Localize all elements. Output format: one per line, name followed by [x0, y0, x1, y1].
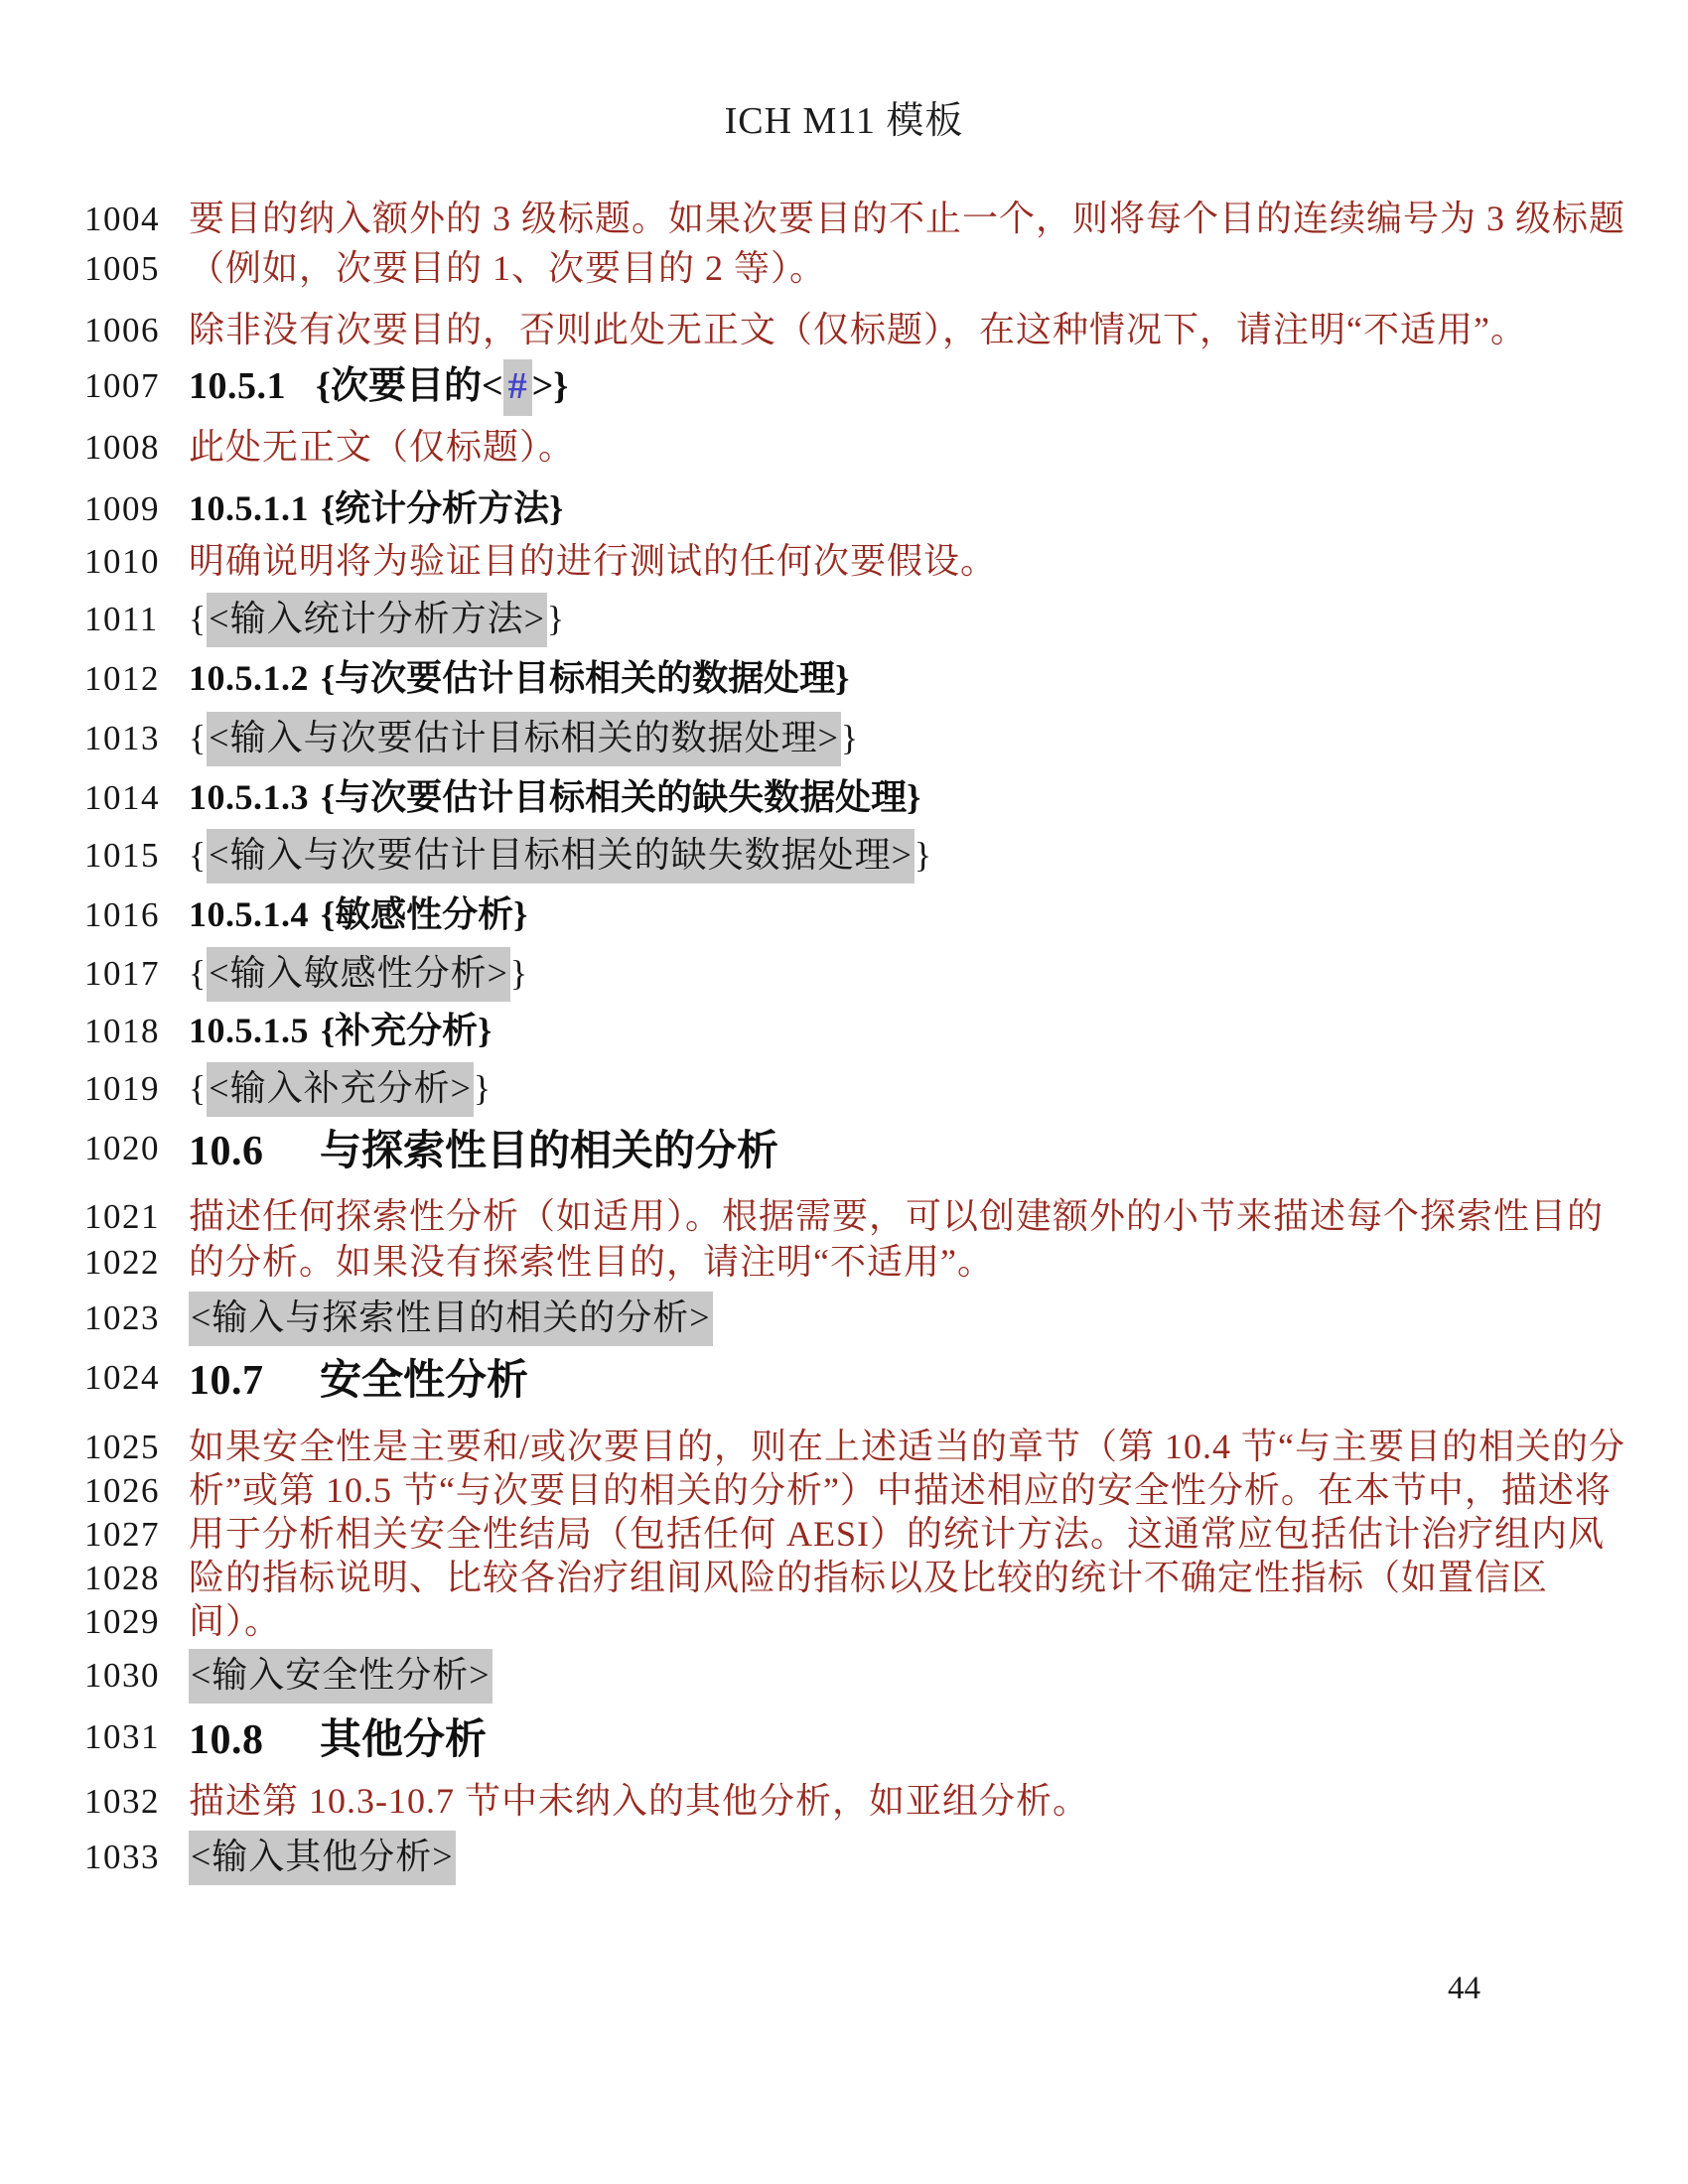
- document-line: 1027用于分析相关安全性结局（包括任何 AESI）的统计方法。这通常应包括估计…: [0, 1514, 1688, 1555]
- document-line: 1033<输入其他分析>: [0, 1837, 1688, 1877]
- section-number: 10.6: [189, 1128, 320, 1175]
- paragraph-text: 除非没有次要目的，否则此处无正文（仅标题），在这种情况下，请注明“不适用”。: [189, 310, 1527, 349]
- document-line: 101810.5.1.5{补充分析}: [0, 1011, 1688, 1051]
- section-heading: >}: [532, 365, 569, 407]
- paragraph-text: （例如，次要目的 1、次要目的 2 等）。: [189, 248, 826, 288]
- paragraph-text: 析”或第 10.5 节“与次要目的相关的分析”）中描述相应的安全性分析。在本节中…: [189, 1470, 1612, 1510]
- section-heading: {与次要估计目标相关的缺失数据处理}: [321, 777, 920, 817]
- paragraph-text: 要目的纳入额外的 3 级标题。如果次要目的不止一个，则将每个目的连续编号为 3 …: [189, 199, 1625, 238]
- line-number: 1016: [84, 896, 160, 935]
- line-number: 1026: [84, 1472, 160, 1511]
- document-line: 103110.8其他分析: [0, 1716, 1688, 1764]
- input-placeholder-field[interactable]: <输入敏感性分析>: [207, 947, 510, 1002]
- section-number: 10.7: [189, 1357, 320, 1405]
- section-heading: {与次要估计目标相关的数据处理}: [321, 658, 849, 698]
- document-line: 100910.5.1.1{统计分析方法}: [0, 488, 1688, 529]
- page-title: ICH M11 模板: [0, 89, 1688, 144]
- open-brace: {: [189, 718, 207, 757]
- paragraph-text: 描述任何探索性分析（如适用）。根据需要，可以创建额外的小节来描述每个探索性目的: [189, 1196, 1604, 1236]
- document-line: 1017{<输入敏感性分析>}: [0, 953, 1688, 994]
- document-line: 1032描述第 10.3-10.7 节中未纳入的其他分析，如亚组分析。: [0, 1781, 1688, 1822]
- document-line: 1026析”或第 10.5 节“与次要目的相关的分析”）中描述相应的安全性分析。…: [0, 1470, 1688, 1511]
- line-number: 1013: [84, 720, 160, 758]
- paragraph-text: 明确说明将为验证目的进行测试的任何次要假设。: [189, 541, 997, 581]
- line-number: 1018: [84, 1013, 160, 1051]
- open-brace: {: [189, 953, 207, 993]
- document-line: 102010.6与探索性目的相关的分析: [0, 1128, 1688, 1175]
- line-number: 1023: [84, 1299, 160, 1338]
- close-brace: }: [547, 599, 565, 638]
- document-line: 1008此处无正文（仅标题）。: [0, 427, 1688, 468]
- line-number: 1031: [84, 1718, 160, 1757]
- line-number: 1024: [84, 1359, 160, 1398]
- paragraph-text: 描述第 10.3-10.7 节中未纳入的其他分析，如亚组分析。: [189, 1781, 1089, 1821]
- close-brace: }: [474, 1068, 492, 1108]
- line-number: 1019: [84, 1070, 160, 1109]
- line-number: 1028: [84, 1560, 160, 1598]
- section-number: 10.8: [189, 1716, 320, 1764]
- close-brace: }: [510, 953, 528, 993]
- open-brace: {: [189, 599, 207, 638]
- line-number: 1008: [84, 429, 160, 468]
- line-number: 1012: [84, 660, 160, 699]
- input-placeholder-field[interactable]: <输入与次要估计目标相关的数据处理>: [207, 712, 841, 766]
- section-number: 10.5.1.4: [189, 894, 309, 934]
- line-number: 1011: [84, 601, 159, 639]
- line-number: 1022: [84, 1244, 160, 1283]
- line-number: 1005: [84, 250, 160, 289]
- line-number: 1017: [84, 955, 160, 994]
- page-number: 44: [1448, 1971, 1480, 2007]
- close-brace: }: [841, 718, 859, 757]
- document-line: 1015{<输入与次要估计目标相关的缺失数据处理>}: [0, 835, 1688, 876]
- input-placeholder-field[interactable]: <输入安全性分析>: [189, 1649, 492, 1704]
- section-number: 10.5.1.5: [189, 1011, 309, 1050]
- document-line: 101210.5.1.2{与次要估计目标相关的数据处理}: [0, 658, 1688, 699]
- line-number: 1030: [84, 1657, 160, 1696]
- line-number: 1021: [84, 1198, 160, 1237]
- document-line: 1029间）。: [0, 1601, 1688, 1642]
- close-brace: }: [914, 835, 932, 875]
- line-number: 1020: [84, 1130, 160, 1168]
- document-line: 100710.5.1{次要目的<#>}: [0, 365, 1688, 409]
- input-placeholder-field[interactable]: <输入补充分析>: [207, 1062, 474, 1117]
- input-placeholder-field[interactable]: <输入与次要估计目标相关的缺失数据处理>: [207, 829, 914, 884]
- input-placeholder-field[interactable]: <输入统计分析方法>: [207, 593, 547, 647]
- section-heading: {补充分析}: [321, 1011, 492, 1050]
- document-line: 1006除非没有次要目的，否则此处无正文（仅标题），在这种情况下，请注明“不适用…: [0, 310, 1688, 350]
- document-line: 1019{<输入补充分析>}: [0, 1068, 1688, 1109]
- document-line: 1030<输入安全性分析>: [0, 1655, 1688, 1696]
- document-line: 101410.5.1.3{与次要估计目标相关的缺失数据处理}: [0, 777, 1688, 818]
- section-heading: 其他分析: [320, 1717, 487, 1763]
- document-line: 1013{<输入与次要估计目标相关的数据处理>}: [0, 718, 1688, 758]
- line-number: 1025: [84, 1429, 160, 1467]
- input-placeholder-field[interactable]: <输入其他分析>: [189, 1831, 456, 1885]
- line-number: 1014: [84, 779, 160, 818]
- document-line: 1004要目的纳入额外的 3 级标题。如果次要目的不止一个，则将每个目的连续编号…: [0, 199, 1688, 239]
- document-line: 1021描述任何探索性分析（如适用）。根据需要，可以创建额外的小节来描述每个探索…: [0, 1196, 1688, 1237]
- section-number: 10.5.1.2: [189, 658, 309, 698]
- line-number: 1004: [84, 201, 160, 239]
- document-line: 1011{<输入统计分析方法>}: [0, 599, 1688, 639]
- open-brace: {: [189, 835, 207, 875]
- open-brace: {: [189, 1068, 207, 1108]
- paragraph-text: 间）。: [189, 1601, 281, 1641]
- document-page: { "document": { "header_title": "ICH M11…: [0, 0, 1688, 2184]
- line-number: 1009: [84, 490, 160, 529]
- section-number: 10.5.1.1: [189, 488, 309, 528]
- line-number: 1033: [84, 1839, 160, 1877]
- document-line: 1010明确说明将为验证目的进行测试的任何次要假设。: [0, 541, 1688, 582]
- section-number: 10.5.1.3: [189, 777, 309, 817]
- document-line: 101610.5.1.4{敏感性分析}: [0, 894, 1688, 935]
- document-line: 1028险的指标说明、比较各治疗组间风险的指标以及比较的统计不确定性指标（如置信…: [0, 1558, 1688, 1598]
- paragraph-text: 用于分析相关安全性结局（包括任何 AESI）的统计方法。这通常应包括估计治疗组内…: [189, 1514, 1605, 1554]
- document-line: 1005（例如，次要目的 1、次要目的 2 等）。: [0, 248, 1688, 289]
- line-number: 1006: [84, 312, 160, 350]
- section-heading: 安全性分析: [320, 1358, 528, 1404]
- section-heading: 与探索性目的相关的分析: [320, 1129, 778, 1174]
- section-heading: {敏感性分析}: [321, 894, 527, 934]
- line-number: 1029: [84, 1603, 160, 1642]
- paragraph-text: 此处无正文（仅标题）。: [189, 427, 575, 467]
- section-heading: {次要目的<: [316, 365, 503, 407]
- document-line: 1023<输入与探索性目的相关的分析>: [0, 1297, 1688, 1338]
- document-line: 1022的分析。如果没有探索性目的，请注明“不适用”。: [0, 1242, 1688, 1283]
- numbering-placeholder-field[interactable]: #: [503, 359, 532, 416]
- paragraph-text: 的分析。如果没有探索性目的，请注明“不适用”。: [189, 1242, 994, 1282]
- line-number: 1007: [84, 367, 160, 406]
- section-number: 10.5.1: [189, 365, 316, 409]
- document-line: 102410.7安全性分析: [0, 1357, 1688, 1405]
- section-heading: {统计分析方法}: [321, 488, 563, 528]
- line-number: 1010: [84, 543, 160, 582]
- paragraph-text: 如果安全性是主要和/或次要目的，则在上述适当的章节（第 10.4 节“与主要目的…: [189, 1427, 1625, 1466]
- input-placeholder-field[interactable]: <输入与探索性目的相关的分析>: [189, 1292, 713, 1346]
- line-number: 1027: [84, 1516, 160, 1555]
- paragraph-text: 险的指标说明、比较各治疗组间风险的指标以及比较的统计不确定性指标（如置信区: [189, 1558, 1548, 1597]
- document-line: 1025如果安全性是主要和/或次要目的，则在上述适当的章节（第 10.4 节“与…: [0, 1427, 1688, 1467]
- line-number: 1032: [84, 1783, 160, 1822]
- line-number: 1015: [84, 837, 160, 876]
